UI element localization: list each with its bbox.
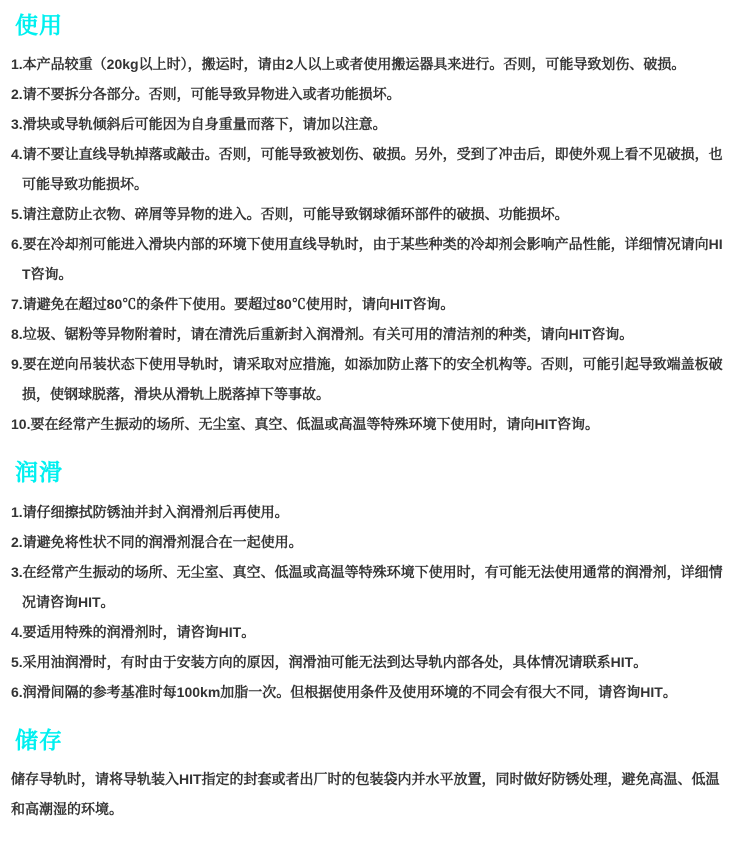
list-item: 9.要在逆向吊装状态下使用导轨时，请采取对应措施，如添加防止落下的安全机构等。否… <box>11 349 730 409</box>
list-item: 1.本产品较重（20kg以上时），搬运时，请由2人以上或者使用搬运器具来进行。否… <box>11 49 730 79</box>
list-item: 4.要适用特殊的润滑剂时，请咨询HIT。 <box>11 617 730 647</box>
list-item: 5.请注意防止衣物、碎屑等异物的进入。否则，可能导致钢球循环部件的破损、功能损坏… <box>11 199 730 229</box>
list-item: 1.请仔细擦拭防锈油并封入润滑剂后再使用。 <box>11 497 730 527</box>
section-title-lubrication: 润滑 <box>15 459 730 485</box>
section-title-usage: 使用 <box>15 12 730 38</box>
list-item: 4.请不要让直线导轨掉落或敲击。否则，可能导致被划伤、破损。另外，受到了冲击后，… <box>11 139 730 199</box>
paragraph: 储存导轨时，请将导轨装入HIT指定的封套或者出厂时的包装袋内并水平放置，同时做好… <box>11 764 730 824</box>
list-item: 7.请避免在超过80℃的条件下使用。要超过80℃使用时，请向HIT咨询。 <box>11 289 730 319</box>
section-usage: 使用 1.本产品较重（20kg以上时），搬运时，请由2人以上或者使用搬运器具来进… <box>11 12 730 439</box>
list-item: 6.要在冷却剂可能进入滑块内部的环境下使用直线导轨时，由于某些种类的冷却剂会影响… <box>11 229 730 289</box>
section-lubrication: 润滑 1.请仔细擦拭防锈油并封入润滑剂后再使用。 2.请避免将性状不同的润滑剂混… <box>11 459 730 706</box>
document-page: 使用 1.本产品较重（20kg以上时），搬运时，请由2人以上或者使用搬运器具来进… <box>0 0 740 852</box>
list-item: 2.请不要拆分各部分。否则，可能导致异物进入或者功能损坏。 <box>11 79 730 109</box>
list-item: 6.润滑间隔的参考基准时每100km加脂一次。但根据使用条件及使用环境的不同会有… <box>11 677 730 707</box>
list-item: 2.请避免将性状不同的润滑剂混合在一起使用。 <box>11 527 730 557</box>
list-item: 3.在经常产生振动的场所、无尘室、真空、低温或高温等特殊环境下使用时，有可能无法… <box>11 557 730 617</box>
list-item: 10.要在经常产生振动的场所、无尘室、真空、低温或高温等特殊环境下使用时，请向H… <box>11 409 730 439</box>
list-item: 8.垃圾、锯粉等异物附着时，请在清洗后重新封入润滑剂。有关可用的清洁剂的种类，请… <box>11 319 730 349</box>
list-item: 5.采用油润滑时，有时由于安装方向的原因，润滑油可能无法到达导轨内部各处，具体情… <box>11 647 730 677</box>
list-item: 3.滑块或导轨倾斜后可能因为自身重量而落下，请加以注意。 <box>11 109 730 139</box>
section-title-storage: 储存 <box>15 727 730 753</box>
section-storage: 储存 储存导轨时，请将导轨装入HIT指定的封套或者出厂时的包装袋内并水平放置，同… <box>11 727 730 824</box>
